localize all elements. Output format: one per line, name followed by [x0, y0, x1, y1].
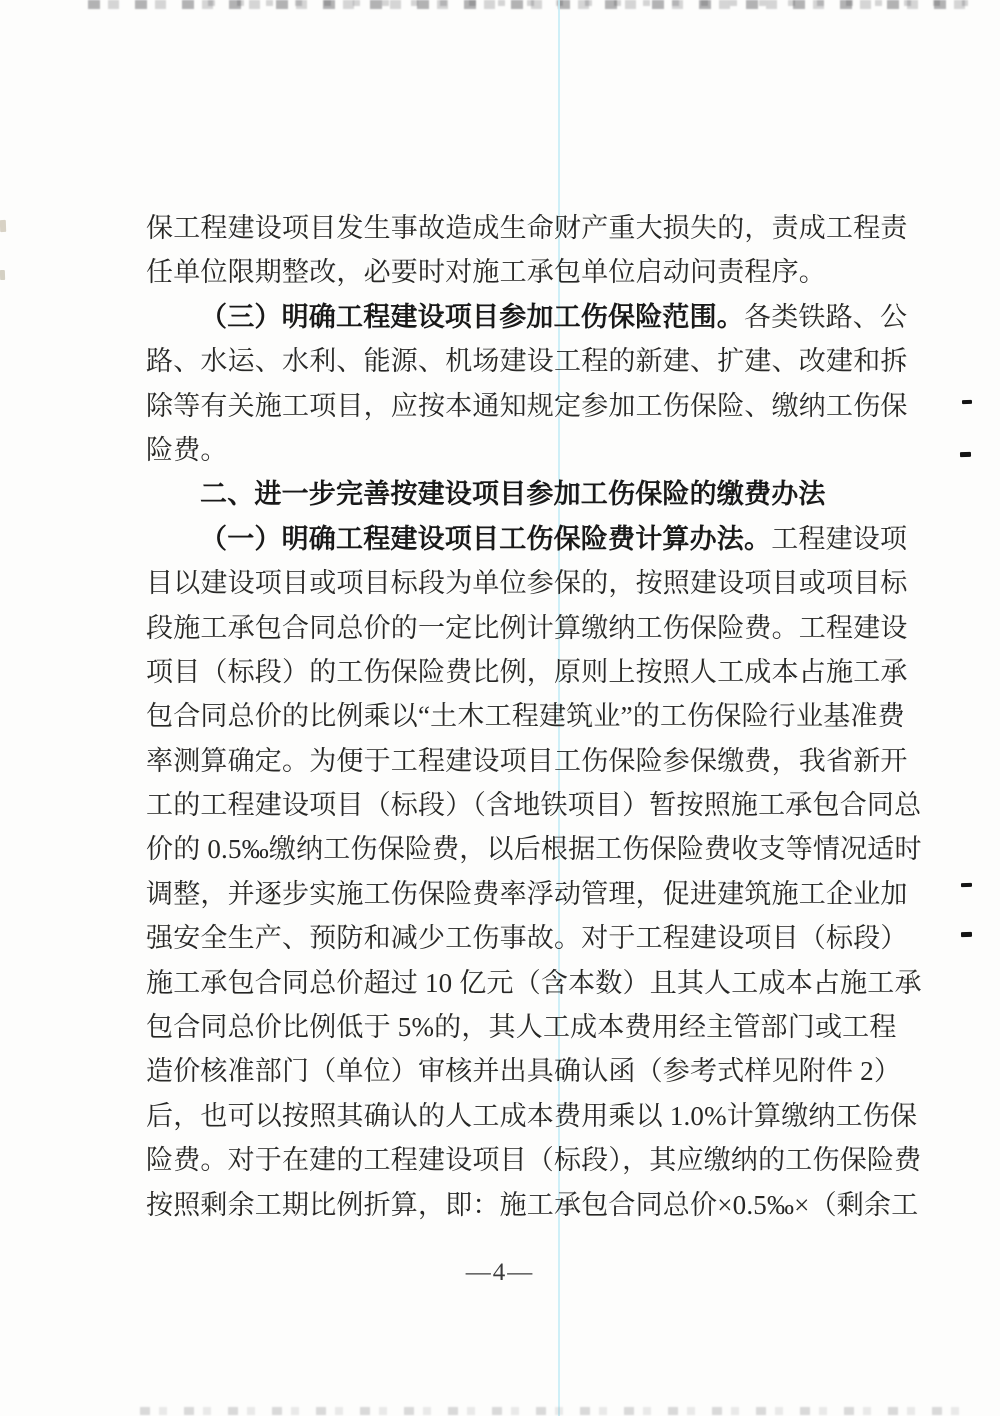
text-segment: 各类铁路、公	[744, 302, 907, 332]
text-line: 率测算确定。为便于工程建设项目工伤保险参保缴费，我省新开	[146, 739, 886, 783]
text-line: 调整，并逐步实施工伤保险费率浮动管理，促进建筑施工企业加	[146, 872, 886, 916]
text-segment: 按照剩余工期比例折算，即：施工承包合同总价×0.5‰×（剩余工	[146, 1190, 918, 1220]
text-segment: 价的 0.5‰缴纳工伤保险费，以后根据工伤保险费收支等情况适时	[146, 834, 922, 864]
text-line: 二、进一步完善按建设项目参加工伤保险的缴费办法	[146, 472, 886, 516]
document-body: 保工程建设项目发生事故造成生命财产重大损失的，责成工程责任单位限期整改，必要时对…	[146, 206, 886, 1227]
text-segment: 目以建设项目或项目标段为单位参保的，按照建设项目或项目标	[146, 568, 908, 598]
text-segment: 调整，并逐步实施工伤保险费率浮动管理，促进建筑施工企业加	[146, 879, 908, 909]
text-segment: 险费。	[146, 435, 228, 465]
text-segment-bold: （一）明确工程建设项目工伤保险费计算办法。	[200, 524, 771, 554]
text-segment: 工的工程建设项目（标段）（含地铁项目）暂按照施工承包合同总	[146, 790, 921, 820]
text-line: 价的 0.5‰缴纳工伤保险费，以后根据工伤保险费收支等情况适时	[146, 827, 886, 871]
text-segment: 项目（标段）的工伤保险费比例，原则上按照人工成本占施工承	[146, 657, 908, 687]
text-segment: 后，也可以按照其确认的人工成本费用乘以 1.0%计算缴纳工伤保	[146, 1101, 917, 1131]
text-line: 段施工承包合同总价的一定比例计算缴纳工伤保险费。工程建设	[146, 606, 886, 650]
text-segment-bold: 二、进一步完善按建设项目参加工伤保险的缴费办法	[200, 479, 826, 509]
text-segment: 保工程建设项目发生事故造成生命财产重大损失的，责成工程责	[146, 213, 908, 243]
ink-mark	[0, 270, 5, 280]
text-segment: 包合同总价的比例乘以“土木工程建筑业”的工伤保险行业基准费	[146, 701, 905, 731]
text-segment: 任单位限期整改，必要时对施工承包单位启动问责程序。	[146, 257, 826, 287]
ink-mark	[961, 883, 972, 887]
text-segment: 路、水运、水利、能源、机场建设工程的新建、扩建、改建和拆	[146, 346, 908, 376]
text-line: 任单位限期整改，必要时对施工承包单位启动问责程序。	[146, 250, 886, 294]
text-line: 强安全生产、预防和减少工伤事故。对于工程建设项目（标段）	[146, 916, 886, 960]
text-segment: 险费。对于在建的工程建设项目（标段），其应缴纳的工伤保险费	[146, 1145, 921, 1175]
text-line: （一）明确工程建设项目工伤保险费计算办法。工程建设项	[146, 517, 886, 561]
ink-mark	[960, 452, 971, 457]
text-line: 险费。对于在建的工程建设项目（标段），其应缴纳的工伤保险费	[146, 1138, 886, 1182]
text-segment-bold: （三）明确工程建设项目参加工伤保险范围。	[200, 302, 744, 332]
text-line: 造价核准部门（单位）审核并出具确认函（参考式样见附件 2）	[146, 1049, 886, 1093]
text-line: 保工程建设项目发生事故造成生命财产重大损失的，责成工程责	[146, 206, 886, 250]
text-line: 按照剩余工期比例折算，即：施工承包合同总价×0.5‰×（剩余工	[146, 1183, 886, 1227]
text-line: （三）明确工程建设项目参加工伤保险范围。各类铁路、公	[146, 295, 886, 339]
text-segment: 工程建设项	[771, 524, 907, 554]
text-segment: 率测算确定。为便于工程建设项目工伤保险参保缴费，我省新开	[146, 746, 908, 776]
document-page: 保工程建设项目发生事故造成生命财产重大损失的，责成工程责任单位限期整改，必要时对…	[0, 0, 1000, 1416]
text-line: 后，也可以按照其确认的人工成本费用乘以 1.0%计算缴纳工伤保	[146, 1094, 886, 1138]
text-line: 路、水运、水利、能源、机场建设工程的新建、扩建、改建和拆	[146, 339, 886, 383]
text-segment: 除等有关施工项目，应按本通知规定参加工伤保险、缴纳工伤保	[146, 391, 908, 421]
text-line: 包合同总价比例低于 5%的，其人工成本费用经主管部门或工程	[146, 1005, 886, 1049]
scan-artifact-top	[88, 0, 968, 9]
text-segment: 段施工承包合同总价的一定比例计算缴纳工伤保险费。工程建设	[146, 613, 908, 643]
ink-mark	[961, 932, 972, 937]
text-line: 施工承包合同总价超过 10 亿元（含本数）且其人工成本占施工承	[146, 961, 886, 1005]
text-line: 目以建设项目或项目标段为单位参保的，按照建设项目或项目标	[146, 561, 886, 605]
text-segment: 强安全生产、预防和减少工伤事故。对于工程建设项目（标段）	[146, 923, 908, 953]
ink-mark	[962, 400, 972, 404]
text-segment: 施工承包合同总价超过 10 亿元（含本数）且其人工成本占施工承	[146, 968, 922, 998]
scan-artifact-bottom	[140, 1407, 970, 1415]
ink-mark	[0, 220, 6, 232]
text-line: 包合同总价的比例乘以“土木工程建筑业”的工伤保险行业基准费	[146, 694, 886, 738]
text-line: 除等有关施工项目，应按本通知规定参加工伤保险、缴纳工伤保	[146, 384, 886, 428]
text-line: 项目（标段）的工伤保险费比例，原则上按照人工成本占施工承	[146, 650, 886, 694]
text-line: 险费。	[146, 428, 886, 472]
text-line: 工的工程建设项目（标段）（含地铁项目）暂按照施工承包合同总	[146, 783, 886, 827]
page-number: —4—	[0, 1256, 1000, 1290]
text-segment: 造价核准部门（单位）审核并出具确认函（参考式样见附件 2）	[146, 1056, 901, 1086]
text-segment: 包合同总价比例低于 5%的，其人工成本费用经主管部门或工程	[146, 1012, 897, 1042]
